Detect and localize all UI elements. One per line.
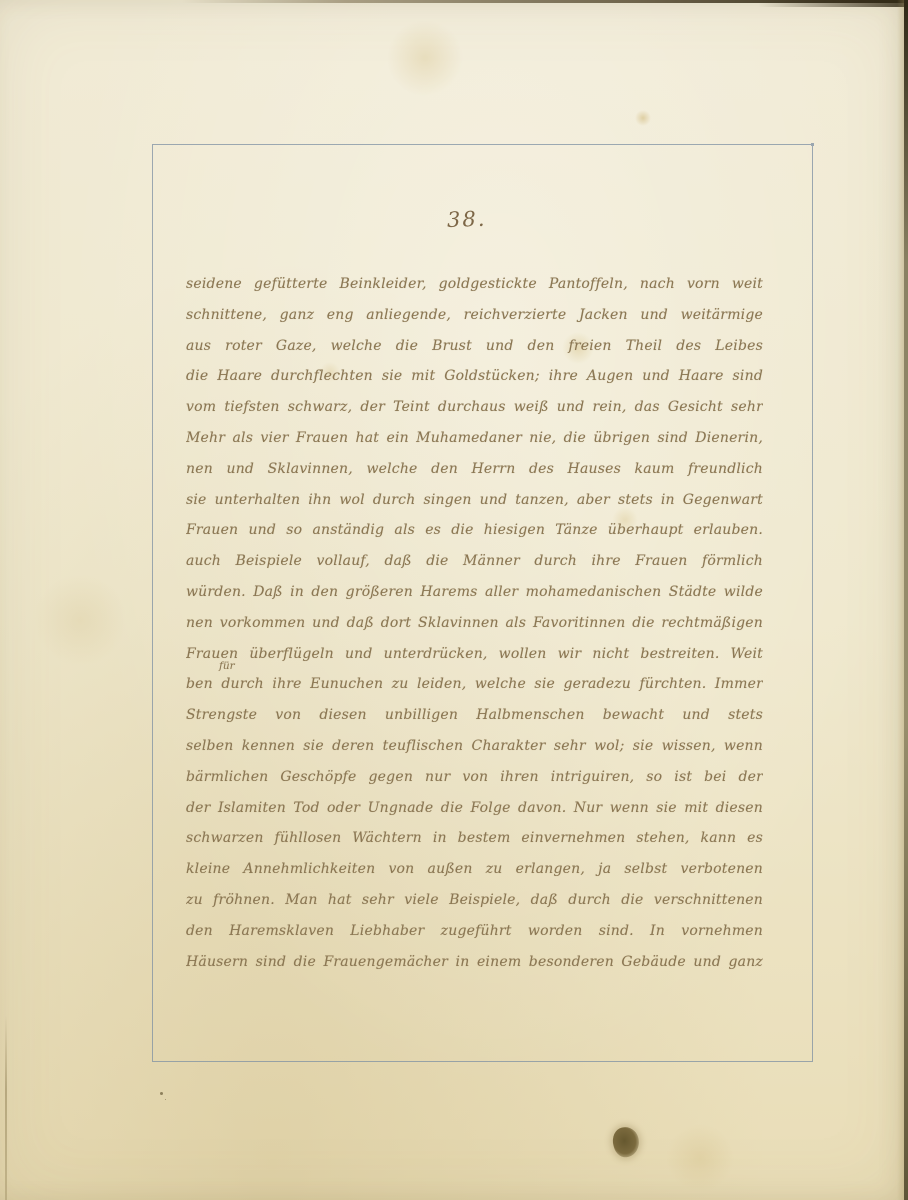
manuscript-line: den Haremsklaven Liebhaber zugeführt wor…: [186, 916, 763, 947]
manuscript-line: Frauen überflügeln und unterdrücken, wol…: [186, 639, 763, 670]
manuscript-line: würden. Daß in den größeren Harems aller…: [186, 577, 763, 608]
manuscript-line: seidene gefütterte Beinkleider, goldgest…: [186, 269, 763, 300]
photo-top-right-edge: [758, 0, 908, 7]
manuscript-line: Häusern sind die Frauengemächer in einem…: [186, 947, 763, 978]
paper-right-shadow: [897, 0, 904, 1200]
handwritten-text-block: seidene gefütterte Beinkleider, goldgest…: [186, 269, 763, 977]
manuscript-line: auch Beispiele vollauf, daß die Männer d…: [186, 546, 763, 577]
manuscript-line: nen vorkommen und daß dort Sklavinnen al…: [186, 608, 763, 639]
photo-right-edge: [904, 0, 908, 1200]
manuscript-line: Strengste von diesen unbilligen Halbmens…: [186, 700, 763, 731]
manuscript-line: aus roter Gaze, welche die Brust und den…: [186, 331, 763, 362]
manuscript-line: sie unterhalten ihn wol durch singen und…: [186, 485, 763, 516]
interline-insertion-note: für: [219, 660, 235, 672]
manuscript-line: kleine Annehmlichkeiten von außen zu erl…: [186, 854, 763, 885]
ink-stain: [610, 1124, 642, 1159]
manuscript-line: der Islamiten Tod oder Ungnade die Folge…: [186, 793, 763, 824]
manuscript-line: Frauen und so anständig als es die hiesi…: [186, 515, 763, 546]
manuscript-line: bärmlichen Geschöpfe gegen nur von ihren…: [186, 762, 763, 793]
manuscript-line: vom tiefsten schwarz, der Teint durchaus…: [186, 392, 763, 423]
manuscript-line: Mehr als vier Frauen hat ein Muhamedaner…: [186, 423, 763, 454]
paper-speck: [160, 1092, 163, 1095]
manuscript-line: schnittene, ganz eng anliegende, reichve…: [186, 300, 763, 331]
manuscript-line: die Haare durchflechten sie mit Goldstüc…: [186, 361, 763, 392]
manuscript-page-scan: 38. seidene gefütterte Beinkleider, gold…: [0, 0, 908, 1200]
manuscript-line: zu fröhnen. Man hat sehr viele Beispiele…: [186, 885, 763, 916]
manuscript-line: selben kennen sie deren teuflischen Char…: [186, 731, 763, 762]
manuscript-line: ben durch ihre Eunuchen zu leiden, welch…: [186, 669, 763, 700]
paper-left-crease: [5, 1015, 7, 1200]
manuscript-line: schwarzen fühllosen Wächtern in bestem e…: [186, 823, 763, 854]
page-number: 38.: [447, 206, 508, 232]
manuscript-line: nen und Sklavinnen, welche den Herrn des…: [186, 454, 763, 485]
